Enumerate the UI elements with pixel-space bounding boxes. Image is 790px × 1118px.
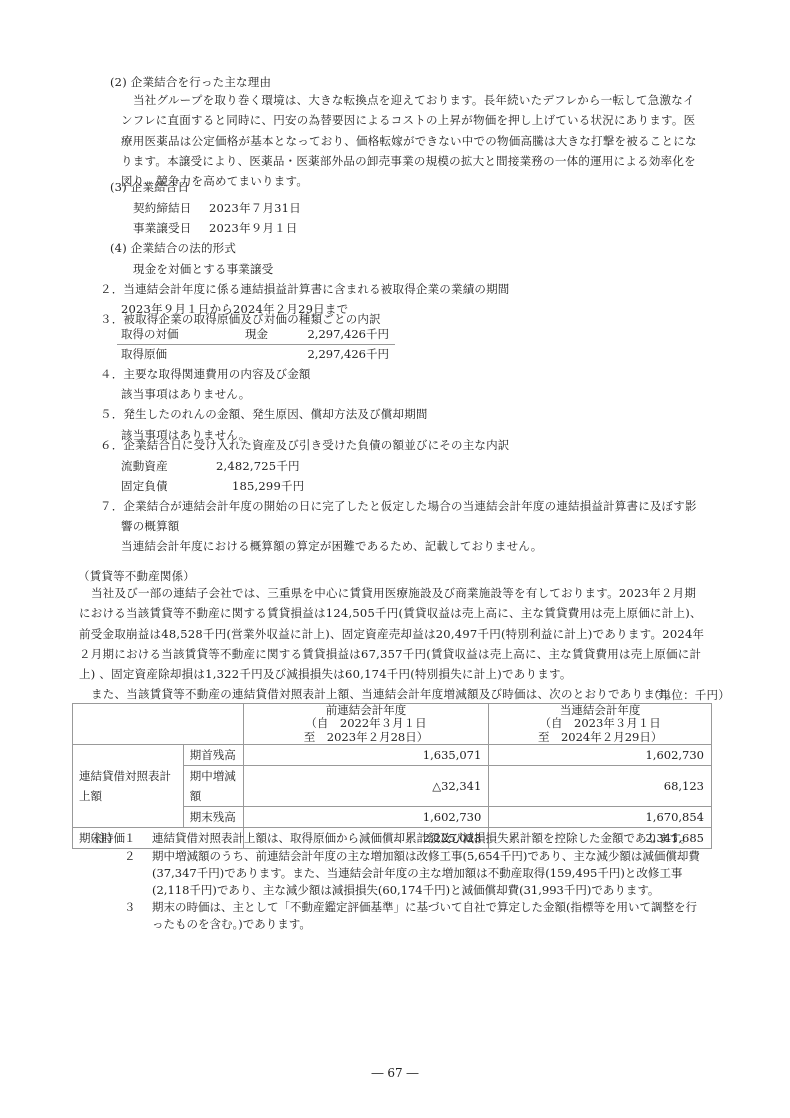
- notes-prefix: （注）: [84, 830, 119, 847]
- rental-line: における当該賃貸等不動産に関する賃貸損益は124,505千円(賃貸収益は売上高に…: [79, 603, 729, 623]
- page-number: ― 67 ―: [0, 1066, 790, 1080]
- note-number: ２: [124, 848, 136, 865]
- item-2-heading: ２．当連結会計年度に係る連結損益計算書に含まれる被取得企業の業績の期間: [100, 281, 510, 297]
- note-2-line: 期中増減額のうち、前連結会計年度の主な増加額は改修工事(5,654千円)であり、…: [152, 848, 700, 865]
- row-label: 期首残高: [183, 745, 243, 766]
- note-number: １: [124, 830, 136, 847]
- current-assets-label: 流動資産: [121, 458, 168, 474]
- item-5-heading: ５．発生したのれんの金額、発生原因、償却方法及び償却期間: [100, 406, 428, 422]
- section-4-heading: (4) 企業結合の法的形式: [110, 240, 236, 256]
- note-3-line: ったものを含む。)であります。: [152, 916, 311, 933]
- prev-value: 1,635,071: [243, 745, 489, 766]
- item-4-text: 該当事項はありません。: [121, 386, 250, 402]
- section-2-heading: (2) 企業結合を行った主な理由: [110, 74, 271, 90]
- acquisition-row: 取得の対価 現金 2,297,426千円: [117, 325, 395, 344]
- rental-section-title: （賃貸等不動産関係）: [78, 568, 195, 584]
- rental-section-body: 当社及び一部の連結子会社では、三重県を中心に賃貸用医療施設及び商業施設等を有して…: [79, 583, 729, 705]
- item-7-text: 当連結会計年度における概算額の算定が困難であるため、記載しておりません。: [121, 538, 542, 554]
- rental-line: 当社及び一部の連結子会社では、三重県を中心に賃貸用医療施設及び商業施設等を有して…: [79, 583, 729, 603]
- curr-year-from: （自 2023年３月１日: [489, 717, 711, 730]
- prev-value: △32,341: [243, 766, 489, 807]
- contract-date-value: 2023年７月31日: [209, 200, 301, 216]
- section-2-line: 当社グループを取り巻く環境は、大きな転換点を迎えております。長年続いたデフレから…: [121, 90, 721, 110]
- acquisition-row: 取得原価 2,297,426千円: [117, 345, 395, 364]
- note-1-line: 連結貸借対照表計上額は、取得原価から減価償却累計額及び減損損失累計額を控除した金…: [152, 830, 692, 847]
- table-header-blank: [73, 704, 244, 745]
- fixed-liabilities-label: 固定負債: [121, 478, 168, 494]
- rental-line: 前受金取崩益は48,528千円(営業外収益に計上)、固定資産売却益は20,497…: [79, 624, 729, 644]
- prev-year-from: （自 2022年３月１日: [244, 717, 489, 730]
- section-2-body: 当社グループを取り巻く環境は、大きな転換点を迎えております。長年続いたデフレから…: [121, 90, 721, 191]
- prev-value: 1,602,730: [243, 807, 489, 828]
- item-7-heading: ７．企業結合が連結会計年度の開始の日に完了したと仮定した場合の当連結会計年度の連…: [100, 498, 697, 514]
- table-row: 連結貸借対照表計上額 期首残高 1,635,071 1,602,730: [73, 745, 712, 766]
- section-2-line: 療用医薬品は公定価格が基本となっており、価格転嫁ができない中での物価高騰は大きな…: [121, 131, 721, 151]
- note-2-line: (37,347千円)であります。また、当連結会計年度の主な増加額は不動産取得(1…: [152, 865, 682, 882]
- acquisition-label: 取得の対価: [121, 325, 179, 344]
- table-header-row: 前連結会計年度 （自 2022年３月１日 至 2023年２月28日） 当連結会計…: [73, 704, 712, 745]
- rental-property-table: 前連結会計年度 （自 2022年３月１日 至 2023年２月28日） 当連結会計…: [72, 703, 712, 849]
- note-2-line: (2,118千円)であり、主な減少額は減損損失(60,174千円)と減価償却費(…: [152, 882, 659, 899]
- curr-year-to: 至 2024年２月29日）: [489, 731, 711, 744]
- transfer-date-value: 2023年９月１日: [209, 220, 298, 236]
- curr-value: 68,123: [489, 766, 712, 807]
- note-number: ３: [124, 899, 136, 916]
- unit-label: （単位：千円）: [648, 687, 730, 703]
- item-4-heading: ４．主要な取得関連費用の内容及び金額: [100, 366, 311, 382]
- row-label: 期末残高: [183, 807, 243, 828]
- acquisition-amount: 2,297,426千円: [307, 325, 389, 344]
- fixed-liabilities-amount: 185,299千円: [232, 478, 304, 494]
- table-header-prev-year: 前連結会計年度 （自 2022年３月１日 至 2023年２月28日）: [243, 704, 489, 745]
- curr-year-title: 当連結会計年度: [489, 704, 711, 717]
- section-2-line: ンフレに直面すると同時に、円安の為替要因によるコストの上昇が物価を押し上げている…: [121, 110, 721, 130]
- transfer-date-label: 事業譲受日: [133, 220, 192, 236]
- note-3-line: 期末の時価は、主として「不動産鑑定評価基準」に基づいて自社で算定した金額(指標等…: [152, 899, 697, 916]
- acquisition-type: 現金: [245, 325, 268, 344]
- row-label: 期中増減額: [183, 766, 243, 807]
- current-assets-amount: 2,482,725千円: [216, 458, 300, 474]
- section-4-text: 現金を対価とする事業譲受: [133, 261, 273, 277]
- section-3-heading: (3) 企業結合日: [110, 179, 189, 195]
- contract-date-label: 契約締結日: [133, 200, 192, 216]
- rental-line: ２月期における当該賃貸等不動産に関する賃貸損益は67,357千円(賃貸収益は売上…: [79, 644, 729, 664]
- group-label: 連結貸借対照表計上額: [73, 745, 184, 828]
- rental-line: 上) 、固定資産除却損は1,322千円及び減損損失は60,174千円(特別損失に…: [79, 664, 729, 684]
- rental-line: また、当該賃貸等不動産の連結貸借対照表計上額、当連結会計年度増減額及び時価は、次…: [79, 684, 729, 704]
- curr-value: 1,602,730: [489, 745, 712, 766]
- section-2-line: 図り、競争力を高めてまいります。: [121, 171, 721, 191]
- item-7-heading-cont: 響の概算額: [121, 518, 180, 534]
- table-header-curr-year: 当連結会計年度 （自 2023年３月１日 至 2024年２月29日）: [489, 704, 712, 745]
- prev-year-title: 前連結会計年度: [244, 704, 489, 717]
- item-6-heading: ６．企業結合日に受け入れた資産及び引き受けた負債の額並びにその主な内訳: [100, 437, 510, 453]
- curr-value: 1,670,854: [489, 807, 712, 828]
- prev-year-to: 至 2023年２月28日）: [244, 731, 489, 744]
- acquisition-amount: 2,297,426千円: [307, 345, 389, 364]
- acquisition-cost-table: 取得の対価 現金 2,297,426千円 取得原価 2,297,426千円: [117, 325, 395, 364]
- section-2-line: ります。本譲受により、医薬品・医薬部外品の卸売事業の規模の拡大と間接業務の一体的…: [121, 151, 721, 171]
- acquisition-label: 取得原価: [121, 345, 167, 364]
